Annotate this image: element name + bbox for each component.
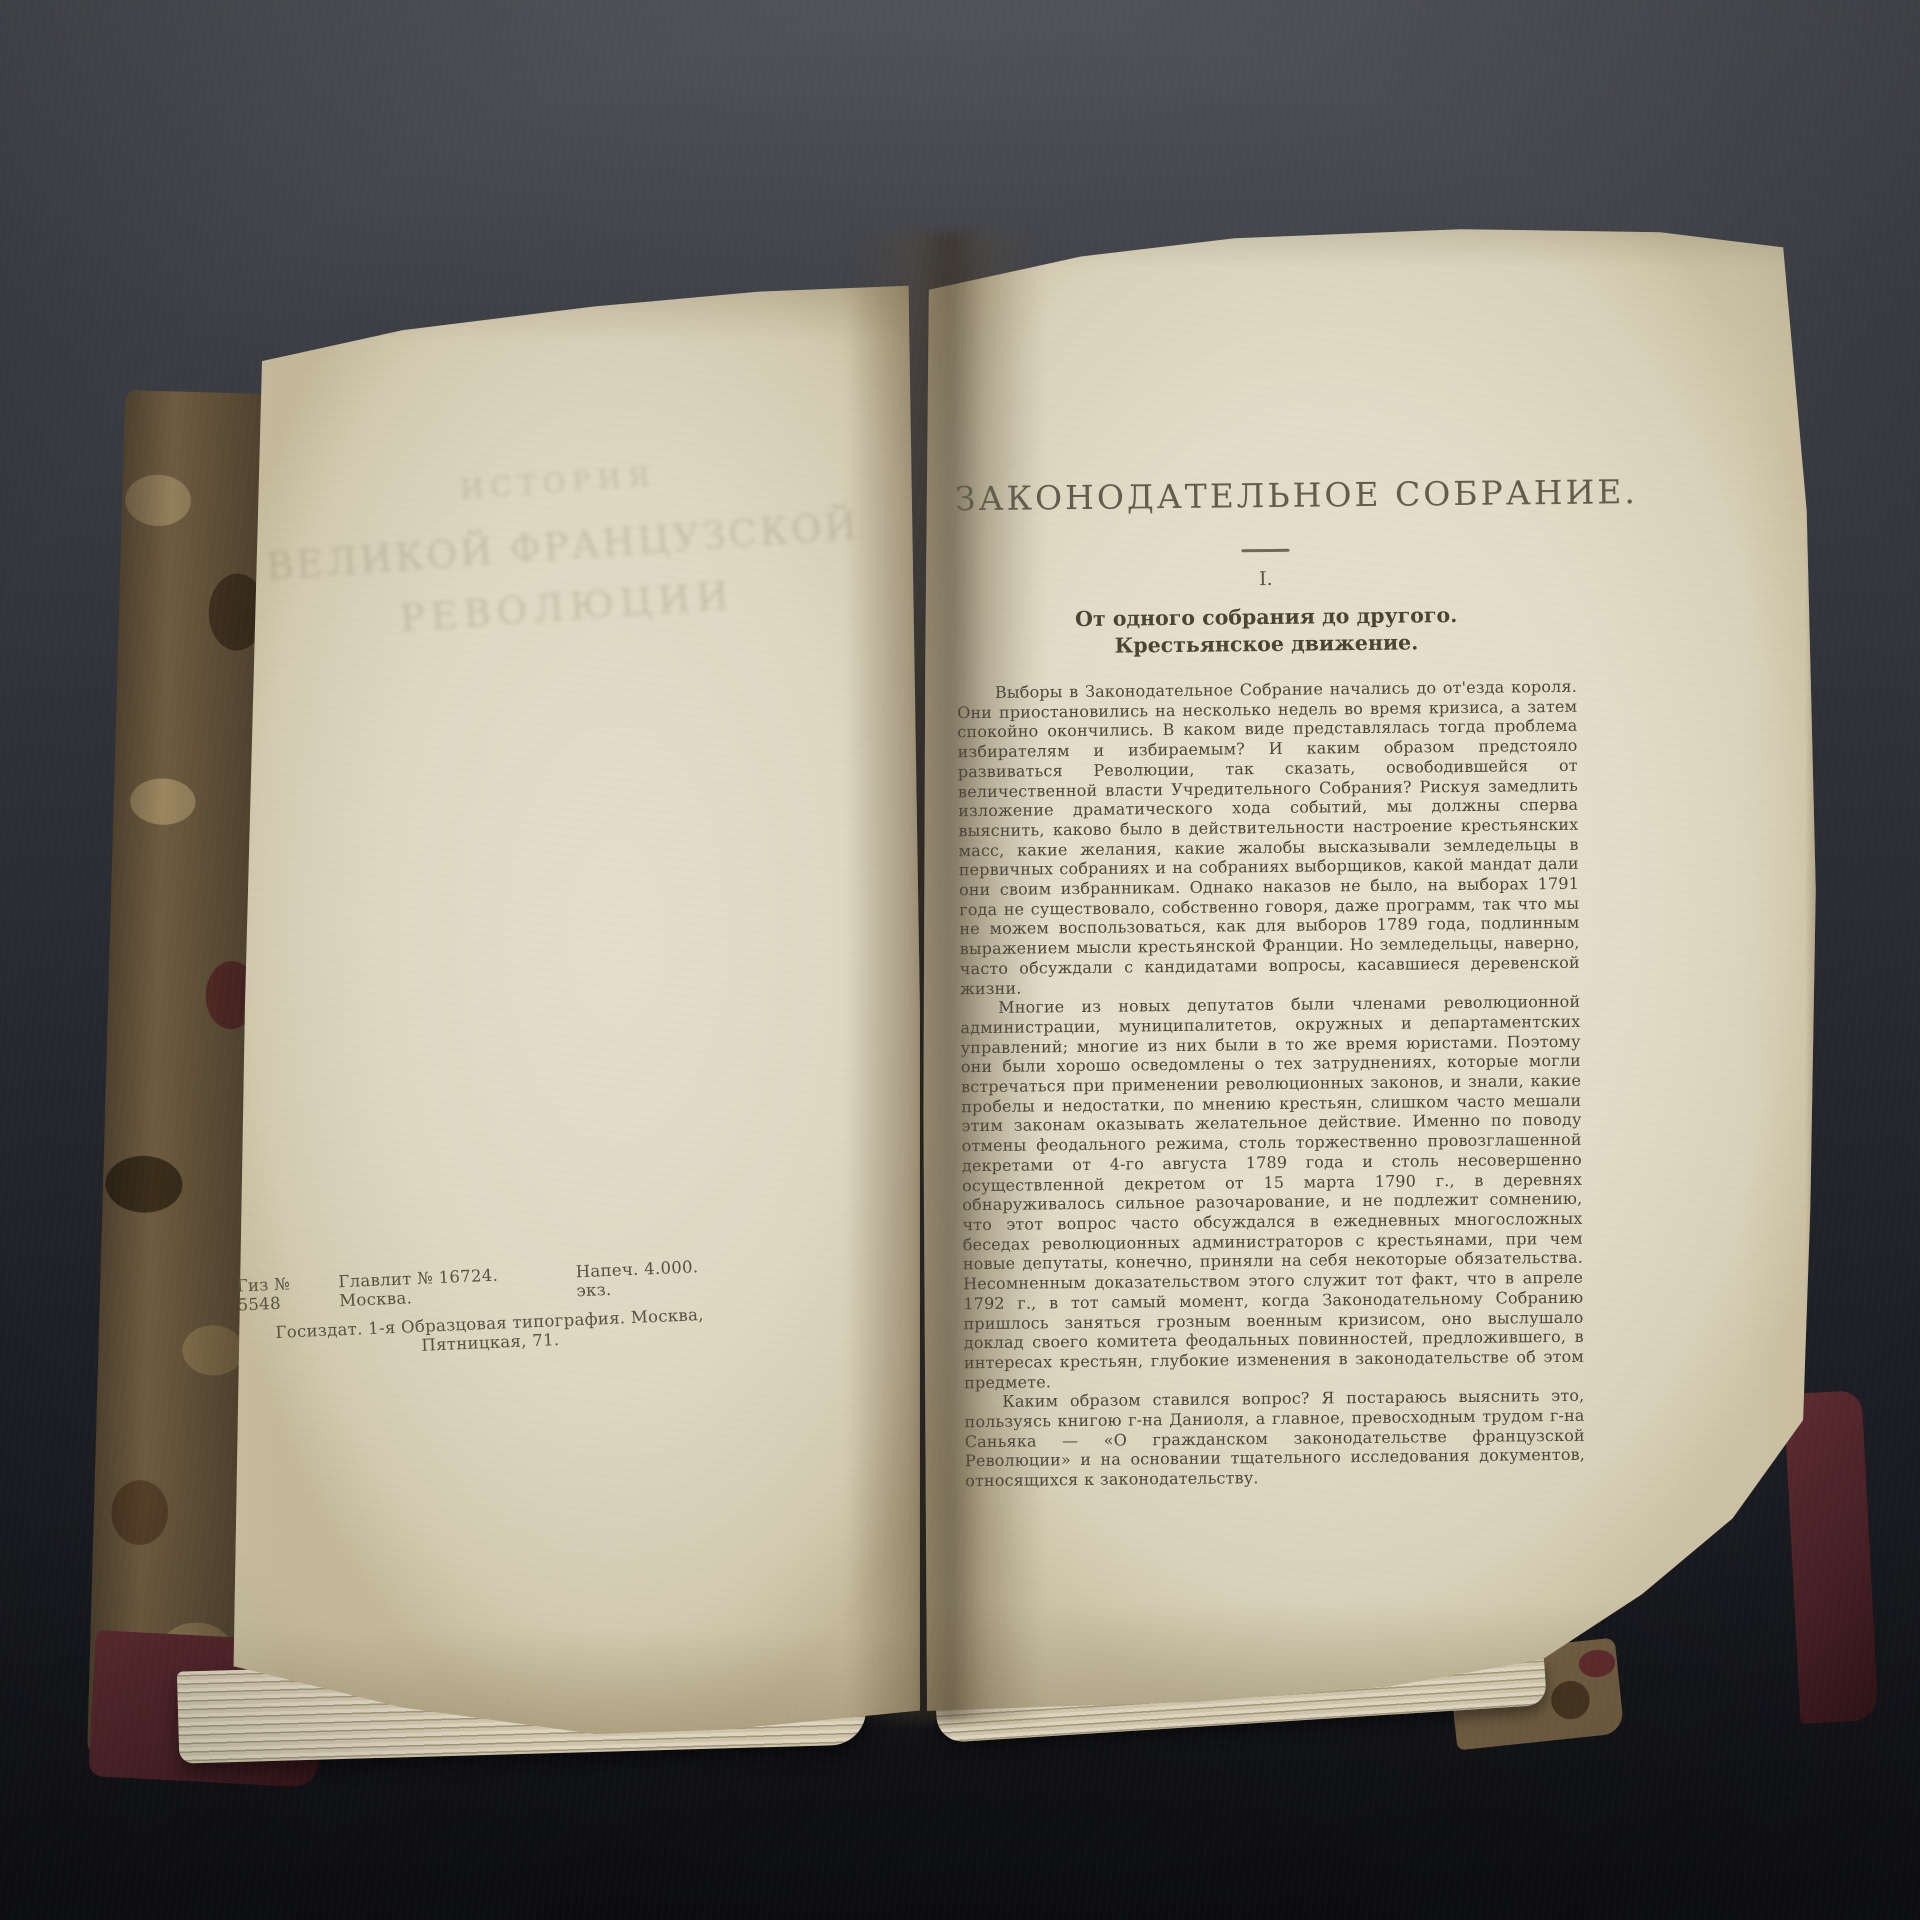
photo-vignette — [0, 0, 1920, 1920]
